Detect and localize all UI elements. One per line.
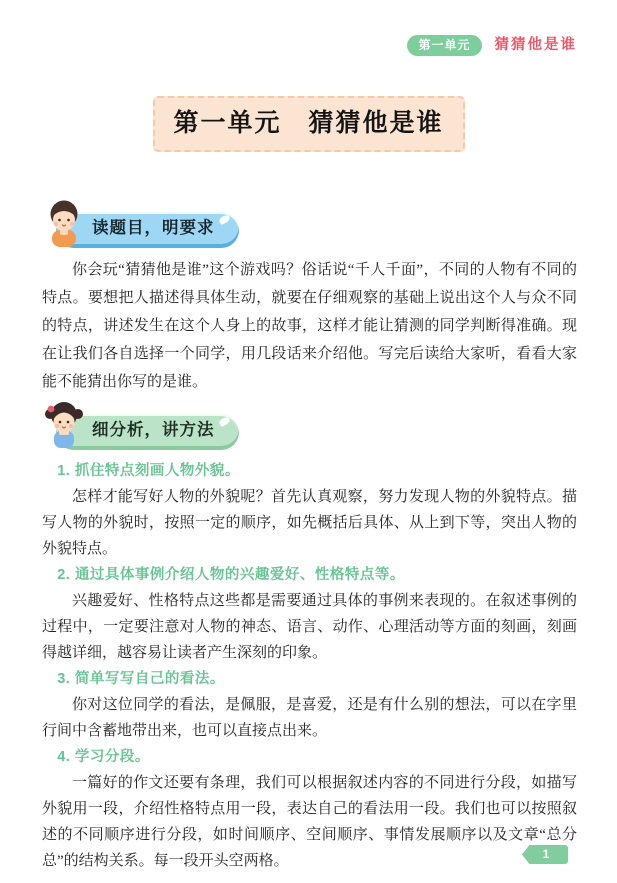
unit-title-banner: 第一单元 猜猜他是谁	[153, 96, 465, 152]
method-point-2-body: 兴趣爱好、性格特点这些都是需要通过具体的事例来表现的。在叙述事例的过程中，一定要…	[42, 588, 577, 666]
method-point-4-label: 4. 学习分段。	[42, 744, 577, 770]
section-header-read-topic: 读题目，明要求	[44, 212, 617, 248]
pill-shine-icon	[218, 416, 231, 427]
section-2-content: 1. 抓住特点刻画人物外貌。 怎样才能写好人物的外貌呢？首先认真观察，努力发现人…	[42, 458, 577, 874]
pill-shine-icon	[218, 214, 231, 225]
method-point-4-body: 一篇好的作文还要有条理，我们可以根据叙述内容的不同进行分段，如描写外貌用一段，介…	[42, 770, 577, 874]
method-point-3-body: 你对这位同学的看法，是佩服，是喜爱，还是有什么别的想法，可以在字里行间中含蓄地带…	[42, 692, 577, 744]
method-point-3-label: 3. 简单写写自己的看法。	[42, 666, 577, 692]
unit-title-text: 猜猜他是谁	[495, 38, 578, 53]
section-2-heading: 细分析，讲方法	[92, 422, 215, 439]
unit-badge: 第一单元	[407, 35, 481, 56]
textbook-page: 第一单元 猜猜他是谁 第一单元 猜猜他是谁 读题目，明要求	[0, 0, 617, 883]
section-1-content: 你会玩“猜猜他是谁”这个游戏吗？俗话说“千人千面”，不同的人物有不同的特点。要想…	[42, 256, 577, 396]
method-point-1-body: 怎样才能写好人物的外貌呢？首先认真观察，努力发现人物的外貌特点。描写人物的外貌时…	[42, 484, 577, 562]
unit-banner-text: 第一单元 猜猜他是谁	[173, 109, 443, 137]
section-header-analyze-method: 细分析，讲方法	[44, 414, 617, 450]
method-point-2-label: 2. 通过具体事例介绍人物的兴趣爱好、性格特点等。	[42, 562, 577, 588]
intro-paragraph: 你会玩“猜猜他是谁”这个游戏吗？俗话说“千人千面”，不同的人物有不同的特点。要想…	[42, 256, 577, 396]
boy-avatar-icon	[42, 198, 86, 248]
method-point-1-label: 1. 抓住特点刻画人物外貌。	[42, 458, 577, 484]
page-number-badge: 1	[522, 845, 568, 864]
section-1-heading: 读题目，明要求	[92, 220, 215, 237]
page-number: 1	[543, 847, 550, 861]
running-head: 第一单元 猜猜他是谁	[0, 34, 617, 56]
girl-avatar-icon	[42, 400, 86, 450]
